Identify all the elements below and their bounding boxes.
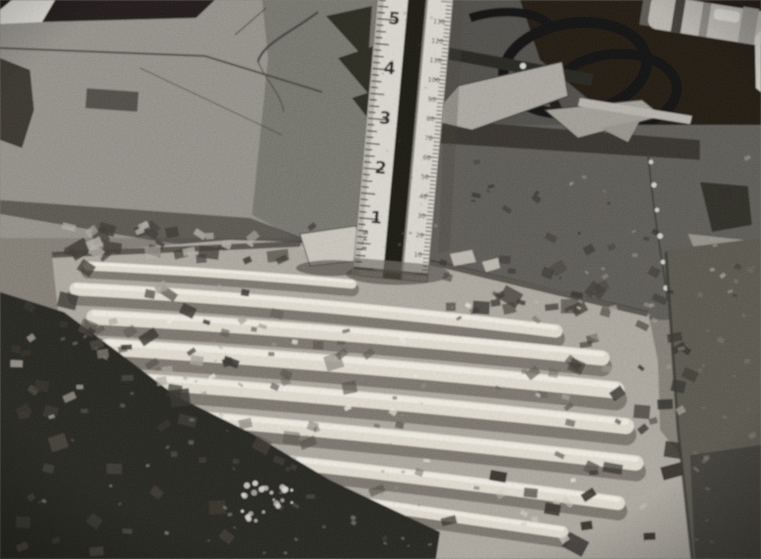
vignette <box>0 0 761 559</box>
photograph: 123458THS102030405060708090100110120130 <box>0 0 761 559</box>
photo-canvas: 123458THS102030405060708090100110120130 <box>0 0 761 559</box>
